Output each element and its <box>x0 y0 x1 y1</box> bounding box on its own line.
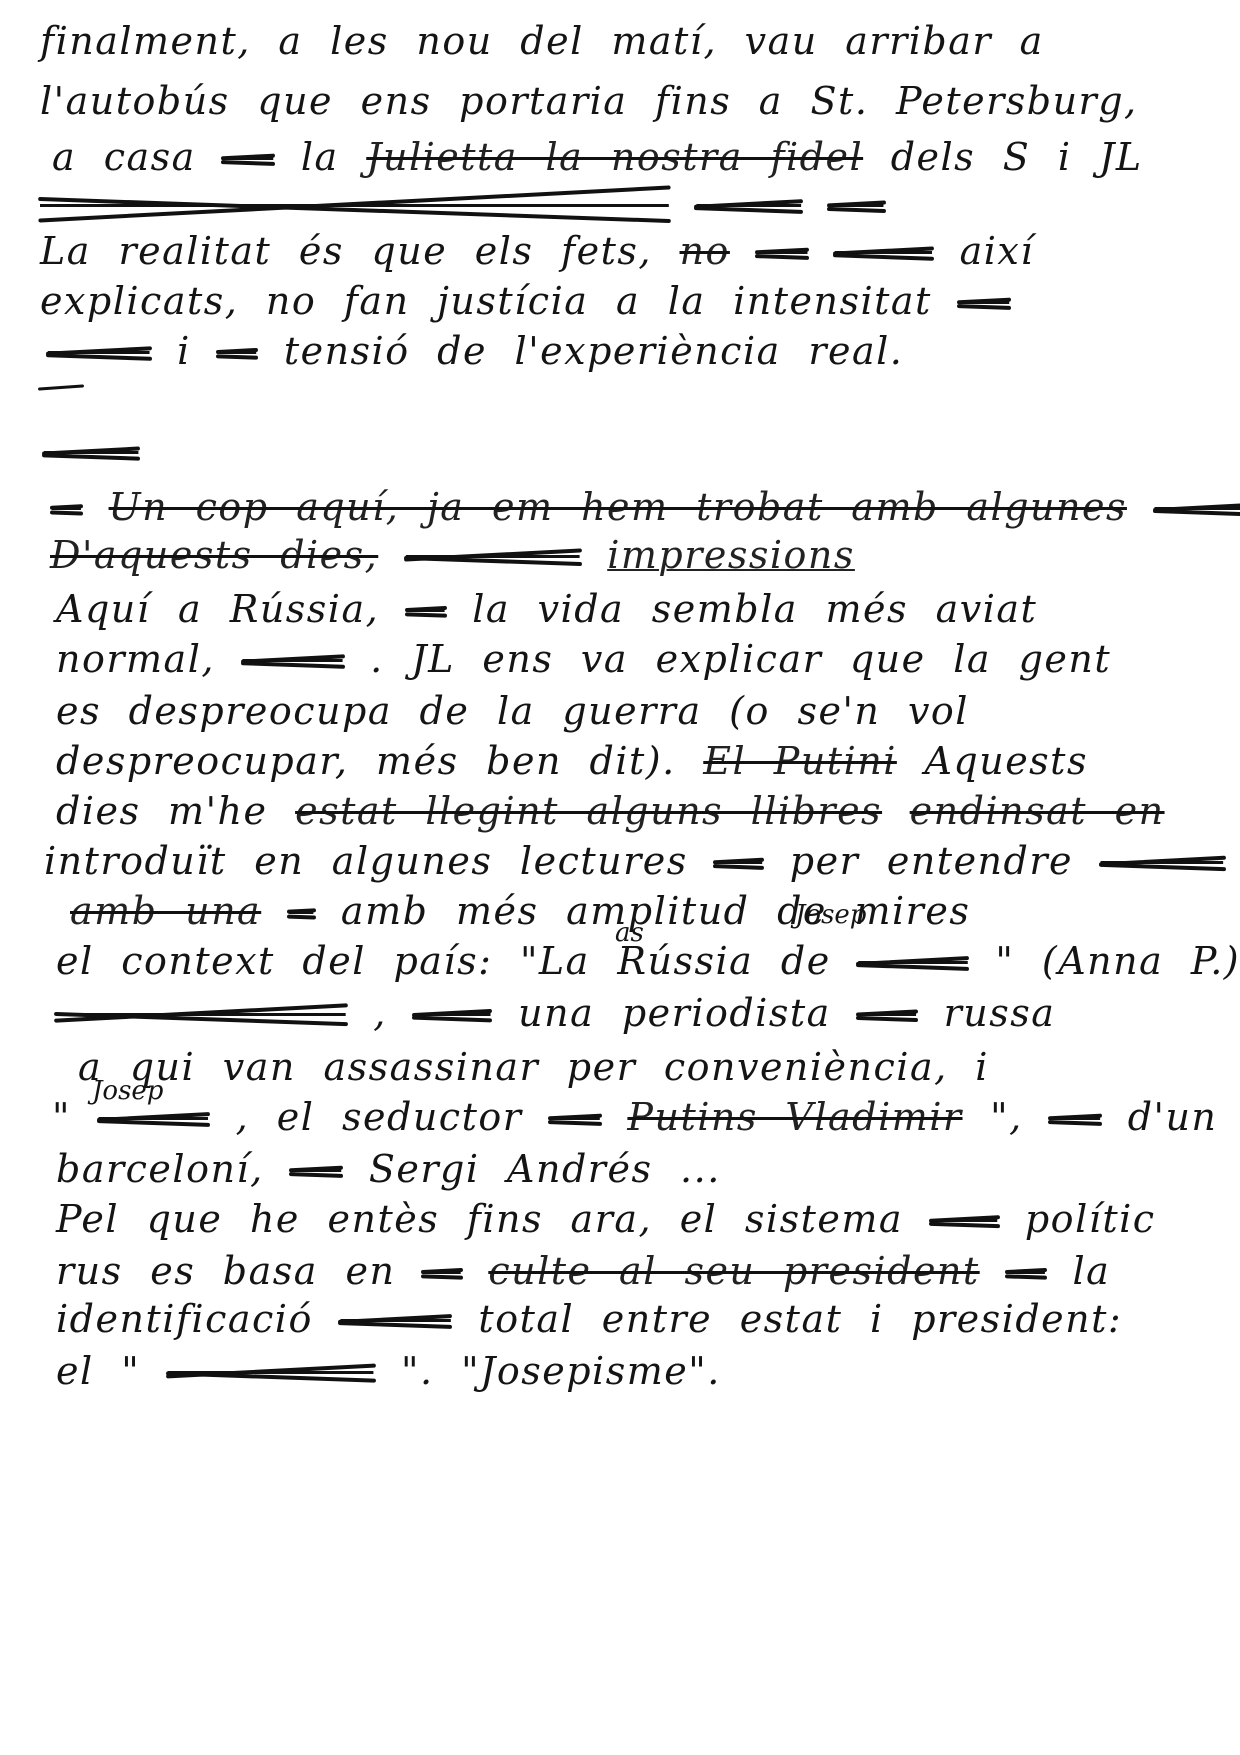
handwritten-text: finalment, a les nou del matí, vau arrib… <box>40 19 1044 63</box>
handwritten-text: total entre estat i president: <box>478 1297 1122 1341</box>
crossed-out-text: Putinisme <box>168 1352 374 1390</box>
interlinear-insertion: Josep <box>795 900 866 930</box>
manuscript-line: D'aquests dies, amb les impressions <box>50 536 855 574</box>
handwritten-text: ". "Josepisme". <box>401 1349 721 1393</box>
handwritten-text: el " <box>56 1349 140 1393</box>
manuscript-line: normal, si la . JL ens va explicar que l… <box>56 640 1111 678</box>
crossed-out-text: El Putini <box>703 739 897 783</box>
crossed-out-text: no <box>680 229 730 273</box>
crossed-out-text: Putins Vladimir <box>627 1095 962 1139</box>
manuscript-line: explicats, no fan justícia a la intensit… <box>40 282 1009 320</box>
handwritten-text: barceloní, <box>56 1147 264 1191</box>
section-separator-dash <box>38 384 84 390</box>
crossed-out-text: ap <box>757 232 807 270</box>
crossed-out-text: de <box>959 282 1009 320</box>
crossed-out-text: la <box>218 332 256 370</box>
crossed-out-text: Putin <box>858 942 967 980</box>
crossed-out-text: impressions <box>607 533 855 577</box>
handwritten-text: l'autobús que ens portaria fins a St. Pe… <box>40 79 1138 123</box>
handwritten-text: la <box>1073 1249 1111 1293</box>
crossed-out-text: Aquí <box>44 432 138 470</box>
handwritten-text: identificació <box>56 1297 313 1341</box>
handwritten-text: , <box>373 991 387 1035</box>
handwritten-text: rus es basa en <box>56 1249 395 1293</box>
handwritten-text: i <box>177 329 191 373</box>
crossed-out-text: Un cop aquí, ja em hem trobat amb algune… <box>109 485 1127 529</box>
manuscript-line: Pel que he entès fins ara, el sistema ru… <box>56 1200 1156 1238</box>
handwritten-text: introduït en algunes lectures <box>44 839 688 883</box>
crossed-out-text: D'aquests dies, <box>50 533 378 577</box>
crossed-out-text: el <box>1007 1252 1045 1290</box>
handwritten-text: tensió de l'experiència real. <box>284 329 904 373</box>
crossed-out-text: rus <box>931 1200 998 1238</box>
manuscript-line: es despreocupa de la guerra (o se'n vol <box>56 692 969 730</box>
manuscript-line: l'autobús que ens portaria fins a St. Pe… <box>40 82 1138 120</box>
handwritten-text: " (Anna P.) <box>995 939 1240 983</box>
handwritten-text: polític <box>1025 1197 1156 1241</box>
handwritten-text: d'un <box>1128 1095 1218 1139</box>
manuscript-line: el " Putinisme ". "Josepisme". <box>56 1352 721 1390</box>
manuscript-line: el context del país: "La Rússia de Putin… <box>56 942 1240 980</box>
manuscript-line: introduït en algunes lectures sq per ent… <box>44 842 1223 880</box>
crossed-out-text: una <box>414 994 490 1032</box>
crossed-out-text: culte al seu president <box>488 1249 979 1293</box>
manuscript-line: rus es basa en el culte al seu president… <box>56 1252 1110 1290</box>
handwritten-text: amb més amplitud de mires <box>341 889 970 933</box>
manuscript-line: Politkovskaia) , una una periodista Ua r… <box>56 994 1055 1032</box>
crossed-out-text: de <box>223 138 273 176</box>
manuscript-line: A Un cop aquí, ja em hem trobat amb algu… <box>52 488 1240 526</box>
handwritten-text: a casa <box>52 135 196 179</box>
crossed-out-text: sq <box>715 842 762 880</box>
handwritten-text: ", <box>990 1095 1023 1139</box>
crossed-out-text: de <box>1050 1098 1100 1136</box>
interlinear-insertion: as <box>615 918 644 948</box>
crossed-out-text: entre <box>340 1300 450 1338</box>
crossed-out-text: si la <box>243 640 343 678</box>
crossed-out-text: endinsat en <box>910 789 1165 833</box>
handwritten-text: . JL ens va explicar que la gent <box>370 637 1111 681</box>
crossed-out-text: nous lats Juliette i les tutis <box>40 185 669 223</box>
handwritten-text: una periodista <box>518 991 831 1035</box>
crossed-out-text: Politkovskaia) <box>56 994 346 1032</box>
handwritten-text: despreocupar, més ben dit). <box>56 739 676 783</box>
crossed-out-text: k <box>289 892 314 930</box>
handwritten-text: Pel que he entès fins ara, el sistema <box>56 1197 903 1241</box>
crossed-out-text: aups <box>835 232 932 270</box>
manuscript-line: Aquí a Rússia, la la vida sembla més avi… <box>56 590 1037 628</box>
crossed-out-text: amb una <box>70 889 261 933</box>
handwritten-text: normal, <box>56 637 215 681</box>
handwritten-text: La realitat és que els fets, <box>40 229 652 273</box>
handwritten-text: el context del país: "La Rússia de <box>56 939 831 983</box>
manuscript-line: " Putin , el seductor de Putins Vladimir… <box>52 1098 1217 1136</box>
crossed-out-text: en <box>291 1150 341 1188</box>
crossed-out-text: coses <box>1155 488 1240 526</box>
manuscript-line: finalment, a les nou del matí, vau arrib… <box>40 22 1044 60</box>
manuscript-line: dies m'he estat llegint alguns llibres e… <box>56 792 1165 830</box>
handwritten-text: per entendre <box>790 839 1073 883</box>
handwritten-text: a qui van assassinar per conveniència, i <box>78 1045 989 1089</box>
manuscript-line: identificació entre total entre estat i … <box>56 1300 1122 1338</box>
crossed-out-text: Julietta la nostra fidel <box>366 135 863 179</box>
manuscript-page: finalment, a les nou del matí, vau arrib… <box>0 0 1240 1755</box>
crossed-out-text: de <box>550 1098 600 1136</box>
manuscript-line: barceloní, en Sergi Andrés ... <box>56 1150 721 1188</box>
crossed-out-text: millor <box>1101 842 1224 880</box>
crossed-out-text: A <box>52 488 81 526</box>
crossed-out-text: amb les <box>406 536 580 574</box>
handwritten-text: " <box>52 1095 71 1139</box>
manuscript-line: a qui van assassinar per conveniència, i <box>78 1048 989 1086</box>
manuscript-line: despreocupar, més ben dit). El Putini Aq… <box>56 742 1088 780</box>
handwritten-text: Sergi Andrés ... <box>369 1147 721 1191</box>
handwritten-text: la vida sembla més aviat <box>472 587 1037 631</box>
handwritten-text: explicats, no fan justícia a la intensit… <box>40 279 932 323</box>
handwritten-text: russa <box>944 991 1056 1035</box>
handwritten-text: així <box>960 229 1034 273</box>
crossed-out-text: el <box>423 1252 461 1290</box>
manuscript-line: l'ang i la tensió de l'experiència real. <box>48 332 903 370</box>
handwritten-text: dels S i JL <box>891 135 1143 179</box>
manuscript-line: nous lats Juliette i les tutis Capa Ca <box>40 185 883 223</box>
handwritten-text: Aquí a Rússia, <box>56 587 379 631</box>
crossed-out-text: estat llegint alguns llibres <box>295 789 882 833</box>
crossed-out-text: Ua <box>858 994 916 1032</box>
handwritten-text: , el seductor <box>236 1095 523 1139</box>
handwritten-text: es despreocupa de la guerra (o se'n vol <box>56 689 969 733</box>
manuscript-line: Aquí <box>44 432 138 470</box>
interlinear-insertion: Josep <box>92 1076 163 1106</box>
manuscript-line: La realitat és que els fets, no ap aups … <box>40 232 1034 270</box>
crossed-out-text: Capa <box>696 185 801 223</box>
handwritten-text: la <box>301 135 339 179</box>
handwritten-text: Aquests <box>924 739 1088 783</box>
crossed-out-text: la <box>407 590 445 628</box>
crossed-out-text: l'ang <box>48 332 150 370</box>
manuscript-line: a casa de la Julietta la nostra fidel de… <box>52 138 1143 176</box>
handwritten-text: dies m'he <box>56 789 268 833</box>
crossed-out-text: Ca <box>829 185 884 223</box>
